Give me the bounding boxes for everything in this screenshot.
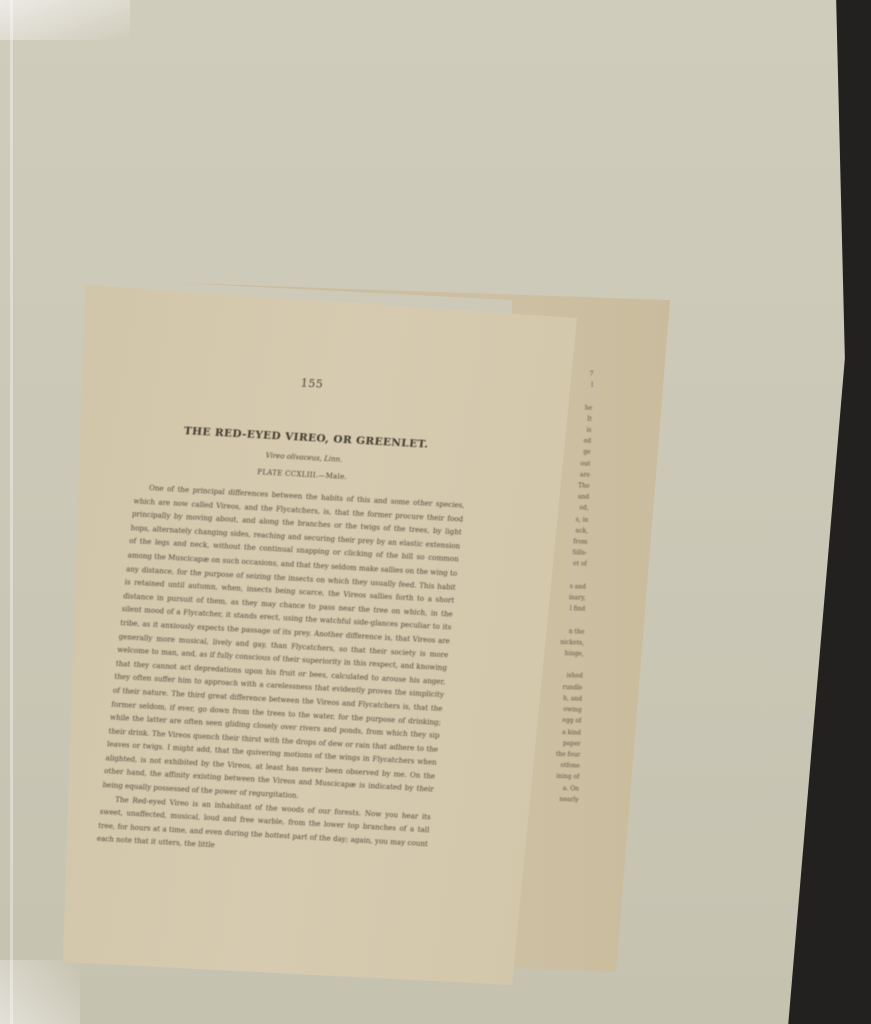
front-page-content: 155 THE RED-EYED VIREO, OR GREENLET. Vir… xyxy=(96,368,477,864)
sleeve-edge xyxy=(10,0,13,1024)
sleeve-corner xyxy=(0,960,80,1024)
sleeve-glare xyxy=(0,0,130,40)
body-paragraph: One of the principal differences between… xyxy=(102,480,465,810)
text-fragment: nearly xyxy=(540,793,578,806)
